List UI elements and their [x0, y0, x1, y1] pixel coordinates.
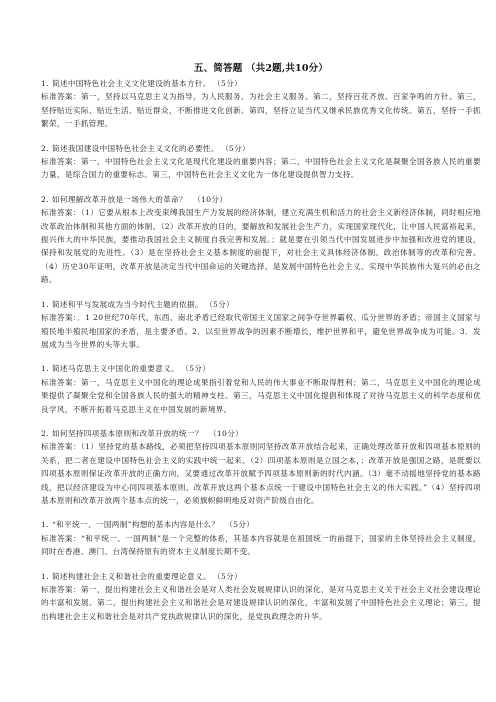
answer-paragraph: 标准答案：第一，中国特色社会主义文化是现代化建设的重要内容；第二，中国特色社会主…: [41, 155, 481, 182]
question-text: “和平统一、一国两制”构想的基本内容是什么？: [52, 520, 219, 529]
answer-label: 标准答案：: [41, 378, 81, 387]
question-heading: 1.简述和平与发展成为当今时代主题的依据。（5分）: [41, 298, 481, 311]
question-score: （5分）: [225, 520, 254, 529]
question-block: 2.如何理解改革开放是一场伟大的革命？（10分） 标准答案：（1）它要从根本上改…: [41, 193, 481, 287]
question-block: 2.简述我国建设中国特色社会主义文化的必要性。（5分） 标准答案：第一，中国特色…: [41, 142, 481, 182]
question-text: 简述马克思主义中国化的重要意义。: [52, 364, 179, 373]
question-block: 1.简述构建社会主义和谐社会的重要理论意义。（5分） 标准答案：第一，提出构建社…: [41, 570, 481, 624]
question-block: 1.简述和平与发展成为当今时代主题的依据。（5分） 标准答案：．1 20世纪70…: [41, 298, 481, 352]
question-score: （5分）: [185, 364, 210, 373]
question-block: 1.简述中国特色社会主义文化建设的基本方针。（5分） 标准答案：第一，坚持以马克…: [41, 77, 481, 131]
question-block: 1.“和平统一、一国两制”构想的基本内容是什么？（5分） 标准答案：“和平统一、…: [41, 518, 481, 558]
document-page: 五、简答题 （共2题,共10分） 1.简述中国特色社会主义文化建设的基本方针。（…: [41, 60, 481, 634]
answer-label: 标准答案：: [41, 442, 81, 451]
answer-paragraph: 标准答案：第一，马克思主义中国化的理论成果指引着党和人民的伟大事业不断取得胜利；…: [41, 376, 481, 416]
answer-text: （1）坚持党的基本路线，必须把坚持四项基本原则同坚持改革开放结合起来，正确处理改…: [41, 442, 481, 505]
question-score: （5分）: [217, 79, 242, 88]
answer-text: 第一，中国特色社会主义文化是现代化建设的重要内容；第二，中国特色社会主义文化是凝…: [41, 157, 481, 179]
question-number: 1.: [41, 520, 49, 529]
question-number: 2.: [41, 144, 49, 153]
answer-paragraph: 标准答案：第一，坚持以马克思主义为指导，为人民服务、为社会主义服务。第二，坚持百…: [41, 90, 481, 130]
question-heading: 1.简述马克思主义中国化的重要意义。（5分）: [41, 362, 481, 375]
question-text: 简述和平与发展成为当今时代主题的依据。: [52, 300, 203, 309]
question-heading: 1.“和平统一、一国两制”构想的基本内容是什么？（5分）: [41, 518, 481, 531]
question-number: 2.: [41, 429, 49, 438]
question-heading: 1.简述构建社会主义和谐社会的重要理论意义。（5分）: [41, 570, 481, 583]
question-text: 如何理解改革开放是一场伟大的革命？: [52, 195, 187, 204]
question-text: 简述构建社会主义和谐社会的重要理论意义。: [52, 572, 211, 581]
answer-paragraph: 标准答案：“和平统一、一国两制”是一个完整的体系，其基本内容就是在祖国统一的前提…: [41, 532, 481, 559]
question-block: 1.简述马克思主义中国化的重要意义。（5分） 标准答案：第一，马克思主义中国化的…: [41, 362, 481, 416]
question-heading: 2.如何坚持四项基本原则和改革开放的统一？（10分）: [41, 427, 481, 440]
question-number: 1.: [41, 300, 49, 309]
answer-text: 第一，坚持以马克思主义为指导，为人民服务、为社会主义服务。第二，坚持百花齐放、百…: [41, 92, 481, 128]
answer-text: 第一，马克思主义中国化的理论成果指引着党和人民的伟大事业不断取得胜利；第二，马克…: [41, 378, 481, 414]
question-text: 简述中国特色社会主义文化建设的基本方针。: [52, 79, 211, 88]
answer-text: （1）它要从根本上改变束缚我国生产力发展的经济体制，建立充满生机和活力的社会主义…: [41, 208, 481, 284]
answer-label: 标准答案：: [41, 92, 81, 101]
question-score: （10分）: [193, 195, 227, 204]
answer-label: 标准答案：: [41, 208, 81, 217]
question-heading: 2.简述我国建设中国特色社会主义文化的必要性。（5分）: [41, 142, 481, 155]
answer-paragraph: 标准答案：（1）坚持党的基本路线，必须把坚持四项基本原则同坚持改革开放结合起来，…: [41, 440, 481, 507]
question-block: 2.如何坚持四项基本原则和改革开放的统一？（10分） 标准答案：（1）坚持党的基…: [41, 427, 481, 507]
question-heading: 1.简述中国特色社会主义文化建设的基本方针。（5分）: [41, 77, 481, 90]
answer-label: 标准答案：: [41, 157, 81, 166]
question-score: （10分）: [209, 429, 243, 438]
question-text: 简述我国建设中国特色社会主义文化的必要性。: [52, 144, 219, 153]
question-score: （5分）: [209, 300, 234, 309]
question-number: 1.: [41, 79, 49, 88]
question-number: 1.: [41, 364, 49, 373]
answer-paragraph: 标准答案：（1）它要从根本上改变束缚我国生产力发展的经济体制，建立充满生机和活力…: [41, 206, 481, 286]
answer-label: 标准答案：: [41, 313, 77, 322]
section-title: 五、简答题 （共2题,共10分）: [41, 60, 481, 74]
answer-text: “和平统一、一国两制”是一个完整的体系，其基本内容就是在祖国统一的前提下，国家的…: [41, 534, 481, 556]
question-heading: 2.如何理解改革开放是一场伟大的革命？（10分）: [41, 193, 481, 206]
question-number: 1.: [41, 572, 49, 581]
question-number: 2.: [41, 195, 49, 204]
answer-label: 标准答案：: [41, 585, 81, 594]
answer-label: 标准答案：: [41, 534, 81, 543]
answer-paragraph: 标准答案：第一，提出构建社会主义和谐社会是对人类社会发展规律认识的深化，是对马克…: [41, 583, 481, 623]
question-score: （5分）: [217, 572, 242, 581]
answer-text: 第一，提出构建社会主义和谐社会是对人类社会发展规律认识的深化，是对马克思主义关于…: [41, 585, 481, 621]
answer-paragraph: 标准答案：．1 20世纪70年代，东西、南北矛盾已经取代帝国主义国家之间争夺世界…: [41, 311, 481, 351]
question-score: （5分）: [225, 144, 250, 153]
answer-text: ．1 20世纪70年代，东西、南北矛盾已经取代帝国主义国家之间争夺世界霸权、瓜分…: [41, 313, 481, 349]
question-text: 如何坚持四项基本原则和改革开放的统一？: [52, 429, 203, 438]
